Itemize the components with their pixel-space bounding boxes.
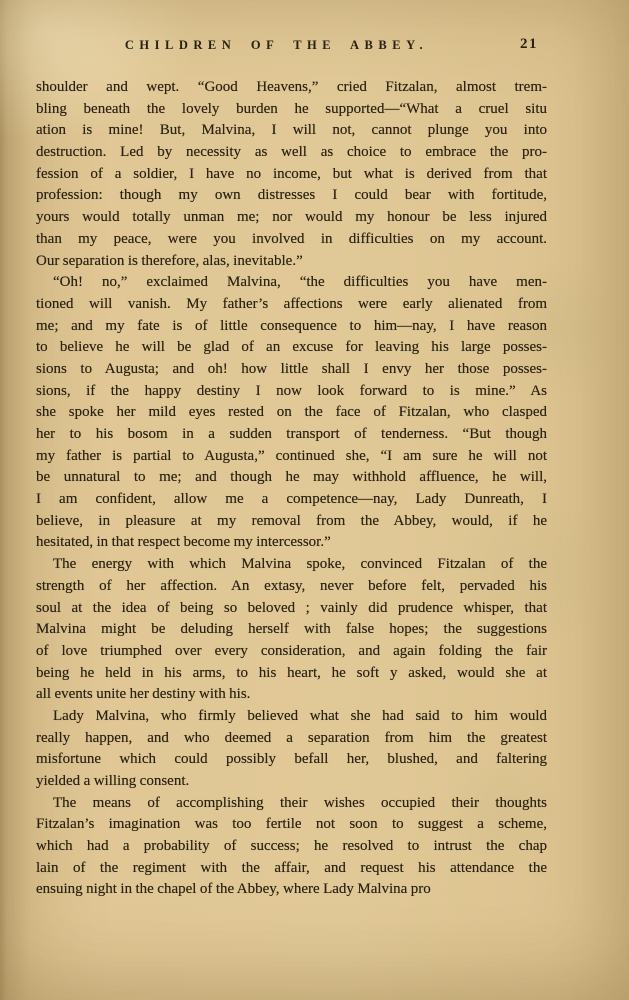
text-line: tioned will vanish. My father’s affectio… [36,294,547,316]
text-line: believe, in pleasure at my removal from … [36,511,547,533]
text-line: be unnatural to me; and though he may wi… [36,467,547,489]
text-line: Malvina might be deluding herself with f… [36,619,547,641]
text-line: profession: though my own distresses I c… [36,185,547,207]
text-line: fession of a soldier, I have no income, … [36,164,547,186]
text-line: hesitated, in that respect become my int… [36,532,547,554]
text-line: sions, if the happy destiny I now look f… [36,381,547,403]
text-line: me; and my fate is of little consequence… [36,316,547,338]
text-line: strength of her affection. An extasy, ne… [36,576,547,598]
running-header: CHILDREN OF THE ABBEY. 21 [36,36,547,58]
text-line: The energy with which Malvina spoke, con… [36,554,547,576]
text-line: ation is mine! But, Malvina, I will not,… [36,120,547,142]
text-line: Our separation is therefore, alas, inevi… [36,251,547,273]
running-header-title: CHILDREN OF THE ABBEY. [36,38,517,53]
text-line: yours would totally unman me; nor would … [36,207,547,229]
text-line: shoulder and wept. “Good Heavens,” cried… [36,77,547,99]
text-line: destruction. Led by necessity as well as… [36,142,547,164]
text-line: Lady Malvina, who firmly believed what s… [36,706,547,728]
page-number: 21 [520,36,538,53]
text-line: really happen, and who deemed a separati… [36,728,547,750]
text-line: which had a probability of success; he r… [36,836,547,858]
text-line: misfortune which could possibly befall h… [36,749,547,771]
text-line: yielded a willing consent. [36,771,547,793]
text-line: I am confident, allow me a competence—na… [36,489,547,511]
text-line: to believe he will be glad of an excuse … [36,337,547,359]
text-line: Fitzalan’s imagination was too fertile n… [36,814,547,836]
text-line: sions to Augusta; and oh! how little sha… [36,359,547,381]
page-text: shoulder and wept. “Good Heavens,” cried… [36,77,547,901]
text-line: “Oh! no,” exclaimed Malvina, “the diffic… [36,272,547,294]
text-line: being he held in his arms, to his heart,… [36,663,547,685]
text-line: lain of the regiment with the affair, an… [36,858,547,880]
text-line: of love triumphed over every considerati… [36,641,547,663]
text-line: she spoke her mild eyes rested on the fa… [36,402,547,424]
text-line: all events unite her destiny with his. [36,684,547,706]
text-line: than my peace, were you involved in diff… [36,229,547,251]
text-line: her to his bosom in a sudden transport o… [36,424,547,446]
text-line: soul at the idea of being so beloved ; v… [36,598,547,620]
text-line: bling beneath the lovely burden he suppo… [36,99,547,121]
book-page-scan: CHILDREN OF THE ABBEY. 21 shoulder and w… [0,0,629,1000]
text-line: The means of accomplishing their wishes … [36,793,547,815]
text-line: my father is partial to Augusta,” contin… [36,446,547,468]
text-line: ensuing night in the chapel of the Abbey… [36,879,547,901]
